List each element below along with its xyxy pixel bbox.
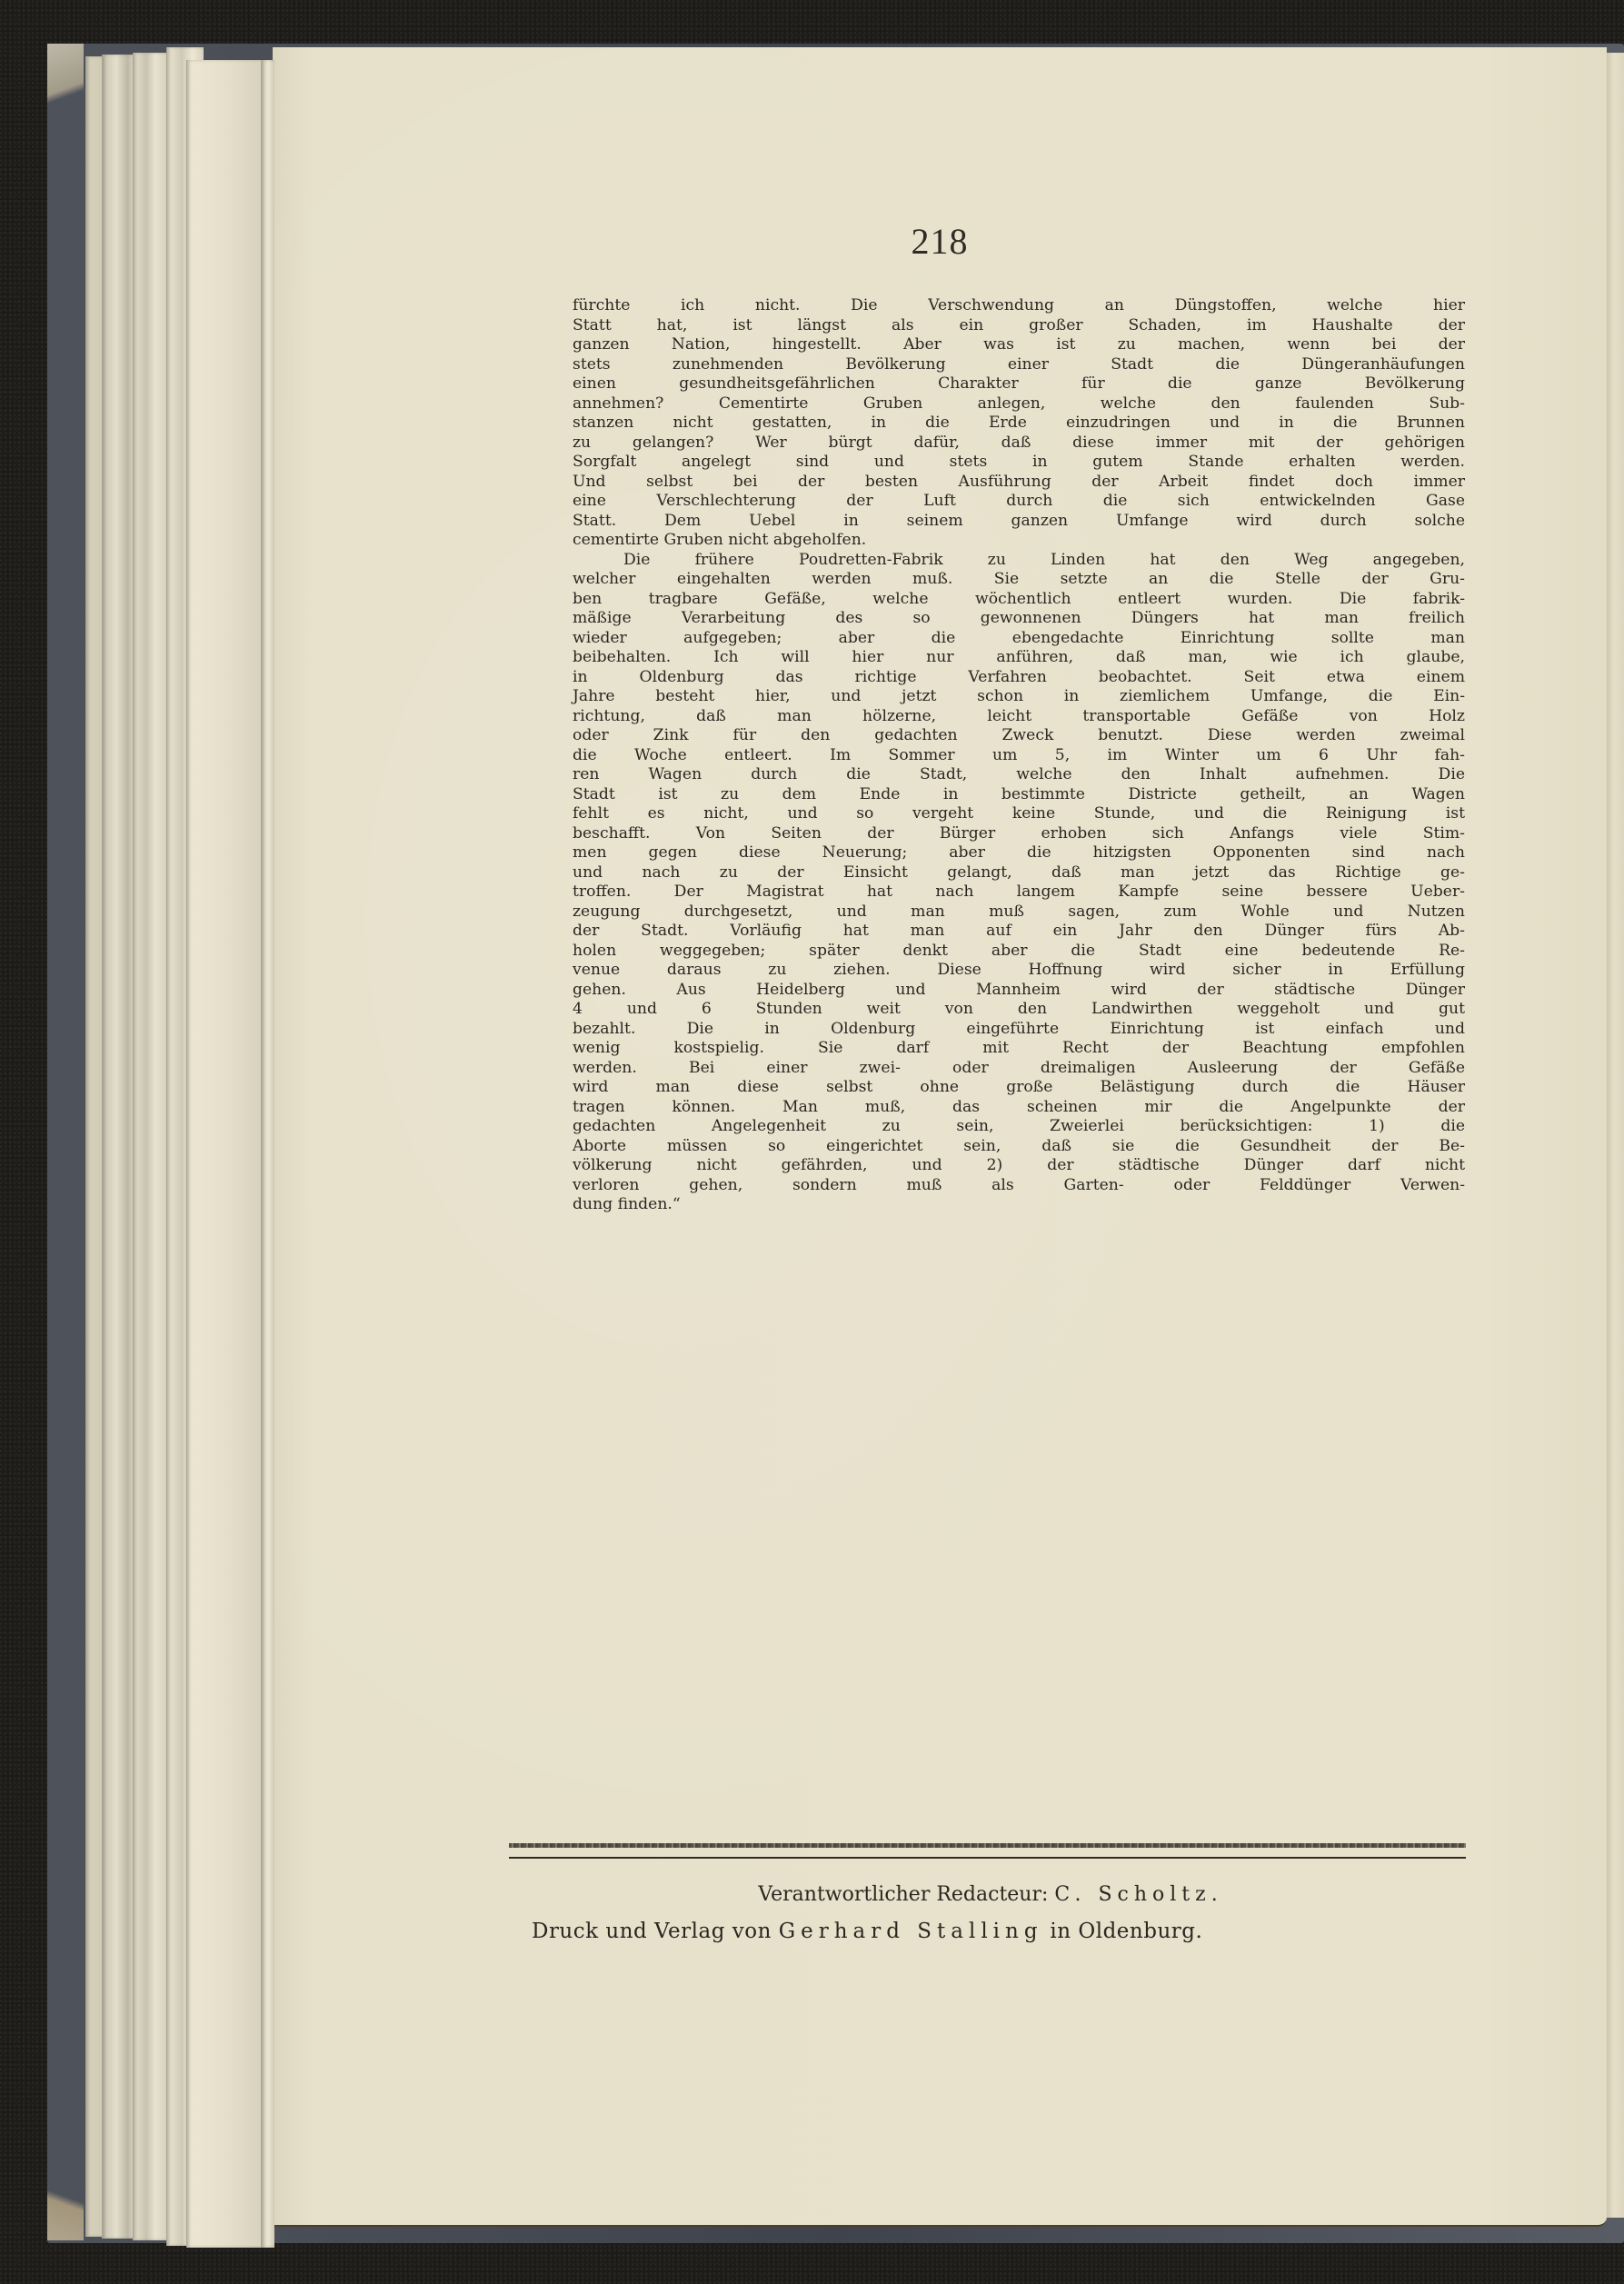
text-line: wenig kostspielig. Sie darf mit Recht de…	[573, 1039, 1465, 1059]
text-line: verloren gehen, sondern muß als Garten- …	[573, 1176, 1465, 1196]
printer-name: Gerhard Stalling	[779, 1920, 1043, 1943]
text-line: holen weggegeben; später denkt aber die …	[573, 942, 1465, 962]
text-line: einen gesundheitsgefährlichen Charakter …	[573, 374, 1465, 394]
text-line: oder Zink für den gedachten Zweck benutz…	[573, 726, 1465, 746]
text-line: stets zunehmenden Bevölkerung einer Stad…	[573, 355, 1465, 375]
page-stack-edge	[186, 60, 264, 2248]
text-line: mäßige Verarbeitung des so gewonnenen Dü…	[573, 609, 1465, 629]
page-gutter-fold	[261, 60, 274, 2248]
text-line: annehmen? Cementirte Gruben anlegen, wel…	[573, 394, 1465, 414]
text-line: Die frühere Poudretten-Fabrik zu Linden …	[573, 551, 1465, 571]
decorative-rule-thick	[509, 1843, 1466, 1848]
text-line: beschafft. Von Seiten der Bürger erhoben…	[573, 824, 1465, 844]
editor-name: C. Scholtz.	[1054, 1883, 1222, 1906]
text-line: in Oldenburg das richtige Verfahren beob…	[573, 668, 1465, 688]
text-line: Und selbst bei der besten Ausführung der…	[573, 473, 1465, 493]
editor-label: Verantwortlicher Redacteur:	[758, 1883, 1048, 1906]
text-line: Statt. Dem Uebel in seinem ganzen Umfang…	[573, 512, 1465, 532]
text-line: welcher eingehalten werden muß. Sie setz…	[573, 570, 1465, 590]
page-stack-edge	[133, 53, 170, 2240]
text-line: cementirte Gruben nicht abgeholfen.	[573, 531, 1465, 551]
text-line: richtung, daß man hölzerne, leicht trans…	[573, 707, 1465, 727]
text-line: venue daraus zu ziehen. Diese Hoffnung w…	[573, 961, 1465, 981]
body-text: fürchte ich nicht. Die Verschwendung an …	[573, 296, 1465, 1215]
text-line: ganzen Nation, hingestellt. Aber was ist…	[573, 335, 1465, 355]
text-line: eine Verschlechterung der Luft durch die…	[573, 492, 1465, 512]
text-line: werden. Bei einer zwei- oder dreimaligen…	[573, 1059, 1465, 1079]
cover-corner-wear-top	[47, 44, 84, 116]
text-line: bezahlt. Die in Oldenburg eingeführte Ei…	[573, 1020, 1465, 1040]
text-line: troffen. Der Magistrat hat nach langem K…	[573, 883, 1465, 903]
printer-credit: Druck und Verlag von Gerhard Stalling in…	[532, 1920, 1440, 1943]
printer-place: in Oldenburg.	[1050, 1920, 1202, 1943]
text-line: Jahre besteht hier, und jetzt schon in z…	[573, 687, 1465, 707]
text-line: Statt hat, ist längst als ein großer Sch…	[573, 316, 1465, 336]
next-page-edge	[1607, 53, 1624, 2218]
text-line: stanzen nicht gestatten, in die Erde ein…	[573, 414, 1465, 434]
text-line: ben tragbare Gefäße, welche wöchentlich …	[573, 590, 1465, 610]
text-line: Aborte müssen so eingerichtet sein, daß …	[573, 1137, 1465, 1157]
text-line: zu gelangen? Wer bürgt dafür, daß diese …	[573, 434, 1465, 454]
text-line: Sorgfalt angelegt sind und stets in gute…	[573, 453, 1465, 473]
text-line: gehen. Aus Heidelberg und Mannheim wird …	[573, 981, 1465, 1001]
text-line: der Stadt. Vorläufig hat man auf ein Jah…	[573, 922, 1465, 942]
text-line: gedachten Angelegenheit zu sein, Zweierl…	[573, 1117, 1465, 1137]
text-line: Stadt ist zu dem Ende in bestimmte Distr…	[573, 785, 1465, 805]
decorative-rule-thin	[509, 1857, 1466, 1859]
text-line: und nach zu der Einsicht gelangt, daß ma…	[573, 863, 1465, 883]
text-line: 4 und 6 Stunden weit von den Landwirthen…	[573, 1000, 1465, 1020]
printer-prefix: Druck und Verlag von	[532, 1920, 772, 1943]
text-line: beibehalten. Ich will hier nur anführen,…	[573, 648, 1465, 668]
editor-credit: Verantwortlicher Redacteur: C. Scholtz.	[582, 1883, 1400, 1906]
text-line: zeugung durchgesetzt, und man muß sagen,…	[573, 903, 1465, 923]
text-line: tragen können. Man muß, das scheinen mir…	[573, 1098, 1465, 1118]
text-line: völkerung nicht gefährden, und 2) der st…	[573, 1156, 1465, 1176]
text-line: fürchte ich nicht. Die Verschwendung an …	[573, 296, 1465, 316]
cover-corner-wear-bottom	[47, 2177, 84, 2240]
text-line: men gegen diese Neuerung; aber die hitzi…	[573, 843, 1465, 863]
text-line: ren Wagen durch die Stadt, welche den In…	[573, 765, 1465, 785]
text-line: die Woche entleert. Im Sommer um 5, im W…	[573, 746, 1465, 766]
text-line: wieder aufgegeben; aber die ebengedachte…	[573, 629, 1465, 649]
text-line: fehlt es nicht, und so vergeht keine Stu…	[573, 804, 1465, 824]
text-line: dung finden.“	[573, 1195, 1465, 1215]
page-number: 218	[273, 220, 1607, 263]
text-line: wird man diese selbst ohne große Belästi…	[573, 1078, 1465, 1098]
